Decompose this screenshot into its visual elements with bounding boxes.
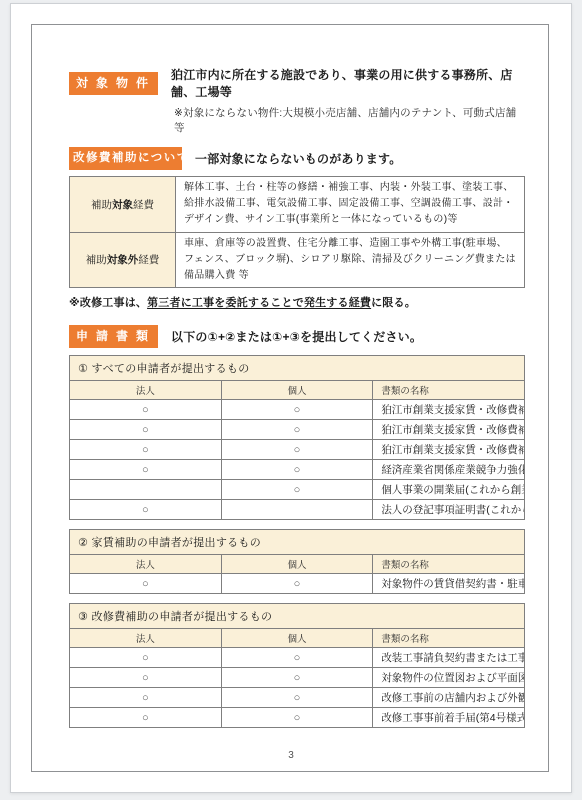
expense-label-bold: 対象外	[107, 254, 139, 266]
col-header-corporate: 法人	[70, 555, 222, 574]
section-application-documents: 申請書類 以下の①+②または①+③を提出してください。	[69, 325, 525, 348]
col-header-document: 書類の名称	[373, 629, 525, 648]
table-row: ○ ○ 狛江市創業支援家賃・改修費補助金交付申請書(第1号様式)	[70, 400, 525, 420]
individual-circle: ○	[221, 688, 373, 708]
expense-label-post: 経費	[133, 199, 154, 211]
table-header-row: 法人 個人 書類の名称	[70, 629, 525, 648]
expense-row-ineligible: 補助対象外経費 車庫、倉庫等の設置費、住宅分離工事、造園工事や外構工事(駐車場、…	[70, 232, 525, 288]
renovation-subsidy-headline: 一部対象にならないものがあります。	[195, 150, 401, 167]
col-header-document: 書類の名称	[373, 381, 525, 400]
target-property-note: ※対象にならない物件:大規模小売店舗、店舗内のテナント、可動式店舗等	[174, 105, 525, 135]
page-content: 対象物件 狛江市内に所在する施設であり、事業の用に供する事務所、店舗、工場等 ※…	[69, 4, 525, 728]
corporate-circle: ○	[70, 400, 222, 420]
table-title: ① すべての申請者が提出するもの	[70, 356, 525, 381]
table-header-row: 法人 個人 書類の名称	[70, 381, 525, 400]
document-name: 狛江市創業支援家賃・改修費補助金交付申請書(第1号様式)	[373, 400, 525, 420]
individual-circle: ○	[221, 668, 373, 688]
section-target-property: 対象物件 狛江市内に所在する施設であり、事業の用に供する事務所、店舗、工場等	[69, 66, 525, 100]
corporate-circle: ○	[70, 420, 222, 440]
section-renovation-subsidy: 改修費補助について 一部対象にならないものがあります。	[69, 147, 525, 170]
col-header-individual: 個人	[221, 629, 373, 648]
corporate-circle: ○	[70, 708, 222, 728]
table-title-row: ② 家賃補助の申請者が提出するもの	[70, 530, 525, 555]
document-name: 狛江市創業支援家賃・改修費補助金交付申請に係る宣誓・同意書(第3号様式)	[373, 440, 525, 460]
documents-table-1: ① すべての申請者が提出するもの 法人 個人 書類の名称 ○ ○ 狛江市創業支援…	[69, 355, 525, 520]
renovation-note-prefix: ※改修工事は、	[69, 297, 147, 309]
individual-circle: ○	[221, 460, 373, 480]
corporate-circle: ○	[70, 500, 222, 520]
table-row: ○ ○ 対象物件の賃貸借契約書・駐車場賃貸借契約書の写し	[70, 574, 525, 594]
documents-table-2: ② 家賃補助の申請者が提出するもの 法人 個人 書類の名称 ○ ○ 対象物件の賃…	[69, 529, 525, 594]
individual-circle: ○	[221, 480, 373, 500]
table-row: ○ ○ 改修工事事前着手届(第4号様式)(既に工事を着工している場合のみ)	[70, 708, 525, 728]
corporate-circle: ○	[70, 460, 222, 480]
expense-label-eligible: 補助対象経費	[70, 177, 176, 233]
col-header-individual: 個人	[221, 381, 373, 400]
expense-label-pre: 補助	[91, 199, 112, 211]
table-title: ② 家賃補助の申請者が提出するもの	[70, 530, 525, 555]
renovation-note-suffix: に限る。	[371, 297, 416, 309]
table-row: ○ 法人の登記事項証明書(これから創業する場合は創業後に提出)	[70, 500, 525, 520]
individual-circle: ○	[221, 574, 373, 594]
expense-label-ineligible: 補助対象外経費	[70, 232, 176, 288]
target-property-headline: 狛江市内に所在する施設であり、事業の用に供する事務所、店舗、工場等	[171, 66, 525, 100]
individual-circle: ○	[221, 420, 373, 440]
col-header-individual: 個人	[221, 555, 373, 574]
table-row: ○ ○ 狛江市創業支援家賃・改修費補助金交付申請に係る宣誓・同意書(第3号様式)	[70, 440, 525, 460]
document-name: 改修工事前の店舗内および外観の写真	[373, 688, 525, 708]
table-row: ○ ○ 改装工事請負契約書または工事見積書	[70, 648, 525, 668]
application-documents-headline: 以下の①+②または①+③を提出してください。	[171, 328, 422, 345]
individual-circle: ○	[221, 440, 373, 460]
document-name: 法人の登記事項証明書(これから創業する場合は創業後に提出)	[373, 500, 525, 520]
individual-circle: ○	[221, 400, 373, 420]
documents-table-3: ③ 改修費補助の申請者が提出するもの 法人 個人 書類の名称 ○ ○ 改装工事請…	[69, 603, 525, 728]
target-property-tag: 対象物件	[69, 72, 158, 95]
col-header-corporate: 法人	[70, 381, 222, 400]
table-title-row: ③ 改修費補助の申請者が提出するもの	[70, 604, 525, 629]
expense-row-eligible: 補助対象経費 解体工事、土台・柱等の修繕・補強工事、内装・外装工事、塗装工事、給…	[70, 177, 525, 233]
document-name: 個人事業の開業届(これから創業する場合は創業後に提出)	[373, 480, 525, 500]
expense-desc-ineligible: 車庫、倉庫等の設置費、住宅分離工事、造園工事や外構工事(駐車場、フェンス、ブロッ…	[176, 232, 525, 288]
expense-label-post: 経費	[138, 254, 159, 266]
corporate-circle	[70, 480, 222, 500]
table-row: ○ ○ 狛江市創業支援家賃・改修費補助金事業計画書(第2号様式)	[70, 420, 525, 440]
document-page: 対象物件 狛江市内に所在する施設であり、事業の用に供する事務所、店舗、工場等 ※…	[10, 3, 572, 793]
expense-table: 補助対象経費 解体工事、土台・柱等の修繕・補強工事、内装・外装工事、塗装工事、給…	[69, 176, 525, 288]
col-header-corporate: 法人	[70, 629, 222, 648]
corporate-circle: ○	[70, 648, 222, 668]
application-documents-tag: 申請書類	[69, 325, 158, 348]
document-name: 改装工事請負契約書または工事見積書	[373, 648, 525, 668]
corporate-circle: ○	[70, 574, 222, 594]
document-name: 狛江市創業支援家賃・改修費補助金事業計画書(第2号様式)	[373, 420, 525, 440]
individual-circle	[221, 500, 373, 520]
table-title: ③ 改修費補助の申請者が提出するもの	[70, 604, 525, 629]
table-title-row: ① すべての申請者が提出するもの	[70, 356, 525, 381]
table-header-row: 法人 個人 書類の名称	[70, 555, 525, 574]
document-name: 経済産業省関係産業競争力強化法施行規則第7条第1項の規定による証明書	[373, 460, 525, 480]
renovation-note: ※改修工事は、第三者に工事を委託することで発生する経費に限る。	[69, 294, 525, 310]
document-name: 改修工事事前着手届(第4号様式)(既に工事を着工している場合のみ)	[373, 708, 525, 728]
corporate-circle: ○	[70, 440, 222, 460]
table-row: ○ ○ 対象物件の位置図および平面図	[70, 668, 525, 688]
expense-label-pre: 補助	[86, 254, 107, 266]
table-row: ○ 個人事業の開業届(これから創業する場合は創業後に提出)	[70, 480, 525, 500]
renovation-subsidy-tag: 改修費補助について	[69, 147, 182, 170]
individual-circle: ○	[221, 708, 373, 728]
table-row: ○ ○ 経済産業省関係産業競争力強化法施行規則第7条第1項の規定による証明書	[70, 460, 525, 480]
table-row: ○ ○ 改修工事前の店舗内および外観の写真	[70, 688, 525, 708]
document-name: 対象物件の賃貸借契約書・駐車場賃貸借契約書の写し	[373, 574, 525, 594]
renovation-note-underlined: 第三者に工事を委託することで発生する経費	[147, 297, 371, 309]
col-header-document: 書類の名称	[373, 555, 525, 574]
individual-circle: ○	[221, 648, 373, 668]
expense-label-bold: 対象	[112, 199, 133, 211]
page-number: 3	[11, 750, 571, 761]
corporate-circle: ○	[70, 688, 222, 708]
document-name: 対象物件の位置図および平面図	[373, 668, 525, 688]
corporate-circle: ○	[70, 668, 222, 688]
expense-desc-eligible: 解体工事、土台・柱等の修繕・補強工事、内装・外装工事、塗装工事、給排水設備工事、…	[176, 177, 525, 233]
